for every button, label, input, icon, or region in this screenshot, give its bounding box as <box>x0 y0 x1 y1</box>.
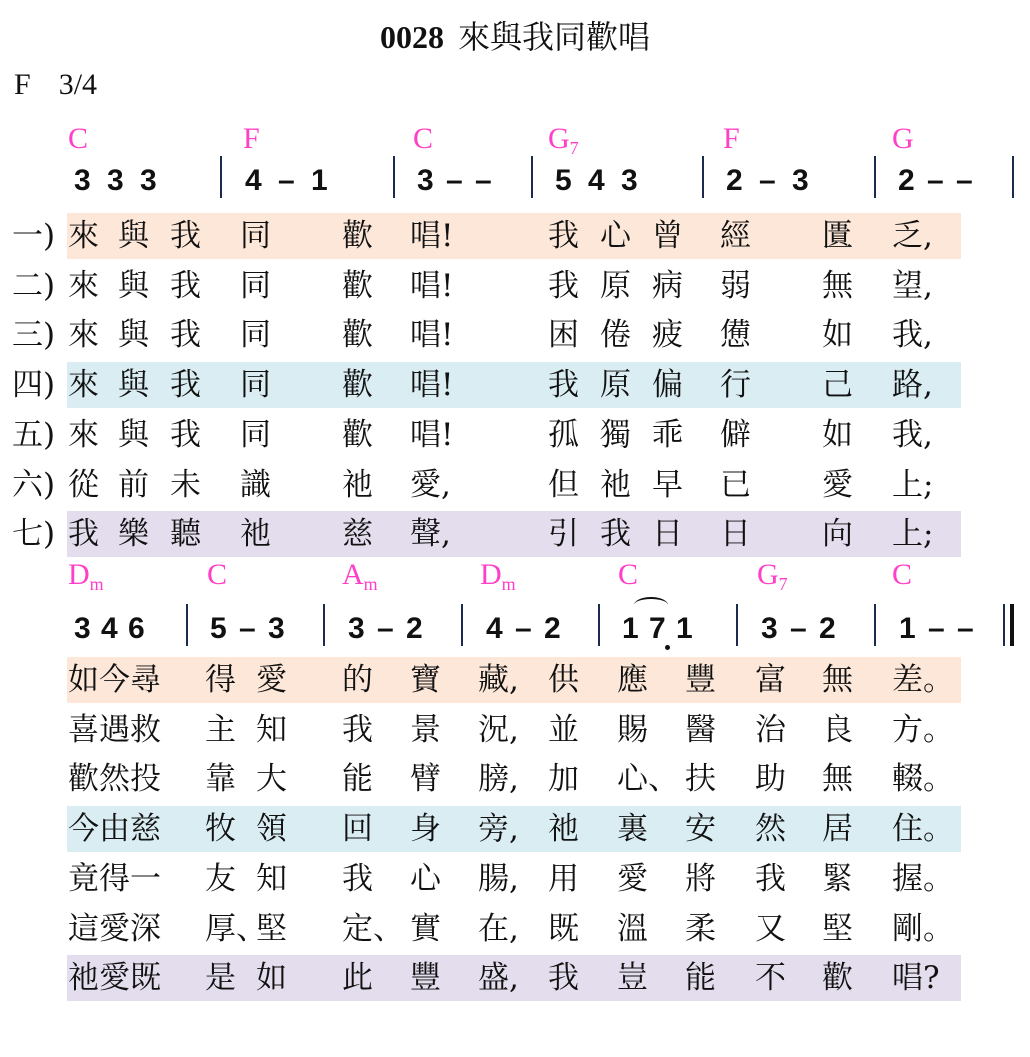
lyric-syllable: 助 <box>755 756 786 802</box>
lower-octave-dot <box>665 645 670 650</box>
lyric-syllable: 歡 <box>342 362 373 408</box>
lyric-syllable: 上; <box>892 462 933 508</box>
barline <box>874 604 876 646</box>
lyric-syllable: 定、 <box>342 906 404 952</box>
lyric-syllable: 緊 <box>822 856 853 902</box>
lyric-syllable: 無 <box>822 756 853 802</box>
lyric-syllable: 安 <box>685 806 716 852</box>
lyric-syllable: 我 <box>548 362 579 408</box>
lyric-syllable: 望, <box>892 263 933 309</box>
lyric-syllable: 心 <box>600 213 631 259</box>
chord-root: F <box>243 122 260 155</box>
lyric-syllable: 來 <box>68 263 99 309</box>
lyric-syllable: 無 <box>822 263 853 309</box>
verse-number: 四) <box>12 362 55 408</box>
refrain-row: 竟得一友知我心腸,用愛將我緊握。 <box>0 856 1030 902</box>
lyric-syllable: 祂 <box>240 511 271 557</box>
lyric-syllable: 賜 <box>617 707 648 753</box>
lyric-syllable: 歡 <box>342 312 373 358</box>
lyric-syllable: 扶 <box>685 756 716 802</box>
lyric-syllable: 又 <box>755 906 786 952</box>
lyric-syllable: 愛 <box>256 657 287 703</box>
barline <box>874 156 876 198</box>
lyric-syllable: 唱? <box>892 955 940 1001</box>
lyric-syllable: 與 <box>118 312 149 358</box>
lyric-syllable: 並 <box>548 707 579 753</box>
chord-quality: m <box>502 574 516 594</box>
lyric-syllable: 得 <box>205 657 236 703</box>
lyric-syllable: 領 <box>256 806 287 852</box>
verse-number: 七) <box>12 511 55 557</box>
lyric-syllable: 知 <box>256 856 287 902</box>
lyric-syllable: 唱! <box>410 263 453 309</box>
lyric-syllable: 已 <box>720 462 751 508</box>
barline <box>323 604 325 646</box>
lyric-syllable: 我 <box>548 213 579 259</box>
lyric-syllable: 溫 <box>617 906 648 952</box>
verse-row: 七)我樂聽祂慈聲,引我日日向上; <box>0 511 1030 557</box>
lyric-syllable: 匱 <box>822 213 853 259</box>
measure: 5 4 3 <box>555 166 638 196</box>
lyric-syllable: 困 <box>548 312 579 358</box>
chord-symbol: Am <box>342 560 378 590</box>
lyric-syllable: 愛 <box>617 856 648 902</box>
measure: 3 4 6 <box>74 614 145 644</box>
chord-quality: 7 <box>779 574 788 594</box>
lyric-syllable: 我 <box>342 707 373 753</box>
time-signature: 3/4 <box>59 68 97 101</box>
chord-root: G <box>757 558 779 591</box>
lyric-syllable-group: 今由慈 <box>68 806 161 852</box>
lyric-syllable: 乖 <box>652 412 683 458</box>
lyric-syllable: 同 <box>240 412 271 458</box>
chord-symbol: F <box>723 124 740 154</box>
lyric-syllable: 我, <box>892 412 933 458</box>
key-signature: F <box>14 68 31 101</box>
refrain-row: 喜遇救主知我景況,並賜醫治良方。 <box>0 707 1030 753</box>
lyric-syllable: 裏 <box>617 806 648 852</box>
lyric-syllable: 腸, <box>478 856 519 902</box>
lyric-syllable: 能 <box>342 756 373 802</box>
lyric-syllable: 靠 <box>205 756 236 802</box>
lyric-syllable: 如 <box>256 955 287 1001</box>
lyric-syllable: 病 <box>652 263 683 309</box>
lyric-syllable: 既 <box>548 906 579 952</box>
chord-symbol: G7 <box>548 124 579 154</box>
lyric-syllable: 堅 <box>822 906 853 952</box>
measure: 2 – 3 <box>726 166 809 196</box>
lyric-syllable: 心、 <box>617 756 679 802</box>
lyric-syllable: 唱! <box>410 312 453 358</box>
verse-number: 一) <box>12 213 55 259</box>
verse-number: 二) <box>12 263 55 309</box>
lyric-syllable: 無 <box>822 657 853 703</box>
lyric-syllable: 聽 <box>170 511 201 557</box>
lyric-syllable-group: 喜遇救 <box>68 707 161 753</box>
chord-root: G <box>892 122 914 155</box>
lyric-syllable: 曾 <box>652 213 683 259</box>
lyric-syllable: 唱! <box>410 412 453 458</box>
chord-symbol: G <box>892 124 914 154</box>
lyric-syllable: 供 <box>548 657 579 703</box>
chord-root: C <box>892 558 912 591</box>
song-title: 0028來與我同歡唱 <box>0 12 1030 58</box>
lyric-syllable: 愛, <box>410 462 451 508</box>
chord-symbol: Dm <box>68 560 104 590</box>
lyric-syllable: 富 <box>755 657 786 703</box>
song-meta: F3/4 <box>14 68 125 102</box>
measure: 4 – 2 <box>486 614 561 644</box>
chord-symbol: C <box>68 124 88 154</box>
lyric-syllable: 倦 <box>600 312 631 358</box>
lyric-syllable: 乏, <box>892 213 933 259</box>
lyric-syllable: 憊 <box>720 312 751 358</box>
verse-number: 三) <box>12 312 55 358</box>
lyric-syllable: 大 <box>256 756 287 802</box>
lyric-syllable: 引 <box>548 511 579 557</box>
refrain-row: 如今尋得愛的寶藏,供應豐富無差。 <box>0 657 1030 703</box>
lyric-syllable: 堅 <box>256 906 287 952</box>
lyric-syllable: 如 <box>822 312 853 358</box>
measure: 3 – 2 <box>348 614 423 644</box>
lyric-syllable: 藏, <box>478 657 519 703</box>
measure: 3 3 3 <box>74 166 157 196</box>
lyric-syllable: 此 <box>342 955 373 1001</box>
lyric-syllable: 經 <box>720 213 751 259</box>
lyric-syllable: 我 <box>68 511 99 557</box>
lyric-syllable: 我 <box>170 213 201 259</box>
lyric-syllable: 愛 <box>822 462 853 508</box>
lyric-syllable: 上; <box>892 511 933 557</box>
lyric-syllable: 疲 <box>652 312 683 358</box>
lyric-syllable: 應 <box>617 657 648 703</box>
refrain-row: 祂愛既是如此豐盛,我豈能不歡唱? <box>0 955 1030 1001</box>
lyric-syllable: 我 <box>170 312 201 358</box>
lyric-syllable: 身 <box>410 806 441 852</box>
measure: 3 – – <box>417 166 492 196</box>
lyric-syllable: 唱! <box>410 362 453 408</box>
lyric-syllable: 輟。 <box>892 756 954 802</box>
lyric-syllable: 我 <box>342 856 373 902</box>
lyric-syllable: 我 <box>600 511 631 557</box>
lyric-syllable: 與 <box>118 263 149 309</box>
lyric-syllable: 良 <box>822 707 853 753</box>
measure: 2 – – <box>898 166 973 196</box>
chord-root: C <box>618 558 638 591</box>
lyric-syllable: 我 <box>548 955 579 1001</box>
lyric-syllable: 剛。 <box>892 906 954 952</box>
chord-root: C <box>207 558 227 591</box>
lyric-syllable: 醫 <box>685 707 716 753</box>
lyric-syllable: 況, <box>478 707 519 753</box>
chord-root: D <box>480 558 502 591</box>
barline <box>598 604 600 646</box>
measure: 3 – 2 <box>761 614 836 644</box>
chord-root: A <box>342 558 364 591</box>
lyric-syllable: 同 <box>240 312 271 358</box>
lyric-syllable: 能 <box>685 955 716 1001</box>
lyric-syllable: 心 <box>410 856 441 902</box>
lyric-syllable: 的 <box>342 657 373 703</box>
lyric-syllable: 原 <box>600 362 631 408</box>
chord-quality: 7 <box>570 138 579 158</box>
chord-symbol: G7 <box>757 560 788 590</box>
verse-row: 六)從前未識祂愛,但祂早已愛上; <box>0 462 1030 508</box>
lyric-syllable: 豈 <box>617 955 648 1001</box>
lyric-syllable: 但 <box>548 462 579 508</box>
lyric-syllable: 同 <box>240 362 271 408</box>
lyric-syllable: 在, <box>478 906 519 952</box>
lyric-syllable: 將 <box>685 856 716 902</box>
lyric-syllable: 盛, <box>478 955 519 1001</box>
lyric-syllable-group: 如今尋 <box>68 657 161 703</box>
lyric-syllable: 用 <box>548 856 579 902</box>
lyric-syllable: 膀, <box>478 756 519 802</box>
chord-root: F <box>723 122 740 155</box>
refrain-row: 今由慈牧領回身旁,祂裏安然居住。 <box>0 806 1030 852</box>
chord-root: D <box>68 558 90 591</box>
lyric-syllable: 來 <box>68 362 99 408</box>
lyric-syllable: 日 <box>720 511 751 557</box>
verse-row: 三)來與我同歡唱!困倦疲憊如我, <box>0 312 1030 358</box>
lyric-syllable: 歡 <box>342 213 373 259</box>
lyric-syllable: 前 <box>118 462 149 508</box>
barline <box>702 156 704 198</box>
lyric-syllable: 祂 <box>548 806 579 852</box>
barline <box>220 156 222 198</box>
verse-number: 五) <box>12 412 55 458</box>
lyric-syllable: 同 <box>240 263 271 309</box>
lyric-syllable: 如 <box>822 412 853 458</box>
lyric-syllable-group: 這愛深 <box>68 906 161 952</box>
chord-root: G <box>548 122 570 155</box>
lyric-syllable: 我 <box>548 263 579 309</box>
lyric-syllable: 與 <box>118 412 149 458</box>
lyric-syllable: 聲, <box>410 511 451 557</box>
measure: 5 – 3 <box>210 614 285 644</box>
lyric-syllable: 友 <box>205 856 236 902</box>
lyric-syllable: 然 <box>755 806 786 852</box>
verse-row: 一)來與我同歡唱!我心曾經匱乏, <box>0 213 1030 259</box>
barline <box>1012 156 1014 198</box>
lyric-syllable: 方。 <box>892 707 954 753</box>
lyric-syllable: 知 <box>256 707 287 753</box>
chord-symbol: C <box>413 124 433 154</box>
barline <box>736 604 738 646</box>
lyric-syllable: 住。 <box>892 806 954 852</box>
lyric-syllable: 未 <box>170 462 201 508</box>
lyric-syllable: 孤 <box>548 412 579 458</box>
lyric-syllable: 祂 <box>342 462 373 508</box>
chord-root: C <box>68 122 88 155</box>
lyric-syllable-group: 竟得一 <box>68 856 161 902</box>
lyric-syllable: 與 <box>118 213 149 259</box>
chord-quality: m <box>90 574 104 594</box>
chord-quality: m <box>364 574 378 594</box>
chord-symbol: C <box>618 560 638 590</box>
lyric-syllable: 治 <box>755 707 786 753</box>
lyric-syllable: 臂 <box>410 756 441 802</box>
lyric-syllable: 僻 <box>720 412 751 458</box>
lyric-syllable: 豐 <box>410 955 441 1001</box>
lyric-syllable: 路, <box>892 362 933 408</box>
chord-symbol: C <box>892 560 912 590</box>
lyric-syllable: 樂 <box>118 511 149 557</box>
lyric-syllable: 主 <box>205 707 236 753</box>
lyric-syllable-group: 祂愛既 <box>68 955 161 1001</box>
lyric-syllable: 我, <box>892 312 933 358</box>
lyric-syllable: 祂 <box>600 462 631 508</box>
lyric-syllable: 旁, <box>478 806 519 852</box>
lyric-syllable: 居 <box>822 806 853 852</box>
lyric-syllable: 唱! <box>410 213 453 259</box>
barline <box>186 604 188 646</box>
lyric-syllable: 加 <box>548 756 579 802</box>
barline <box>531 156 533 198</box>
song-number: 0028 <box>380 19 444 55</box>
lyric-syllable: 歡 <box>342 263 373 309</box>
lyric-syllable: 來 <box>68 312 99 358</box>
barline <box>461 604 463 646</box>
lyric-syllable: 來 <box>68 213 99 259</box>
lyric-syllable: 我 <box>755 856 786 902</box>
lyric-syllable: 回 <box>342 806 373 852</box>
lyric-syllable: 同 <box>240 213 271 259</box>
song-name: 來與我同歡唱 <box>458 18 650 56</box>
lyric-syllable: 寶 <box>410 657 441 703</box>
verse-row: 五)來與我同歡唱!孤獨乖僻如我, <box>0 412 1030 458</box>
refrain-row: 歡然投靠大能臂膀,加心、扶助無輟。 <box>0 756 1030 802</box>
lyric-syllable: 向 <box>822 511 853 557</box>
chord-root: C <box>413 122 433 155</box>
lyric-syllable: 從 <box>68 462 99 508</box>
lyric-syllable: 日 <box>652 511 683 557</box>
chord-symbol: C <box>207 560 227 590</box>
lyric-syllable: 偏 <box>652 362 683 408</box>
lyric-syllable: 景 <box>410 707 441 753</box>
barline <box>393 156 395 198</box>
lyric-syllable: 早 <box>652 462 683 508</box>
tie-slur <box>634 597 668 613</box>
lyric-syllable: 實 <box>410 906 441 952</box>
lyric-syllable: 差。 <box>892 657 954 703</box>
lyric-syllable-group: 歡然投 <box>68 756 161 802</box>
lyric-syllable: 與 <box>118 362 149 408</box>
verse-row: 四)來與我同歡唱!我原偏行己路, <box>0 362 1030 408</box>
lyric-syllable: 慈 <box>342 511 373 557</box>
final-barline-thin <box>1003 604 1005 646</box>
lyric-syllable: 歡 <box>342 412 373 458</box>
lyric-syllable: 牧 <box>205 806 236 852</box>
measure: 1 – – <box>899 614 974 644</box>
chord-symbol: F <box>243 124 260 154</box>
lyric-syllable: 我 <box>170 263 201 309</box>
lyric-syllable: 豐 <box>685 657 716 703</box>
lyric-syllable: 行 <box>720 362 751 408</box>
lyric-syllable: 獨 <box>600 412 631 458</box>
lyric-syllable: 握。 <box>892 856 954 902</box>
verse-row: 二)來與我同歡唱!我原病弱無望, <box>0 263 1030 309</box>
verse-number: 六) <box>12 462 55 508</box>
lyric-syllable: 柔 <box>685 906 716 952</box>
lyric-syllable: 我 <box>170 412 201 458</box>
refrain-row: 這愛深厚、堅定、實在,既溫柔又堅剛。 <box>0 906 1030 952</box>
lyric-syllable: 弱 <box>720 263 751 309</box>
final-barline-thick <box>1010 604 1014 646</box>
lyric-syllable: 不 <box>755 955 786 1001</box>
lyric-syllable: 識 <box>240 462 271 508</box>
chord-symbol: Dm <box>480 560 516 590</box>
measure: 4 – 1 <box>245 166 328 196</box>
lyric-syllable: 原 <box>600 263 631 309</box>
lyric-syllable: 己 <box>822 362 853 408</box>
measure: 1 7 1 <box>622 614 693 644</box>
lyric-syllable: 我 <box>170 362 201 408</box>
lyric-syllable: 是 <box>205 955 236 1001</box>
lyric-syllable: 來 <box>68 412 99 458</box>
lyric-syllable: 歡 <box>822 955 853 1001</box>
